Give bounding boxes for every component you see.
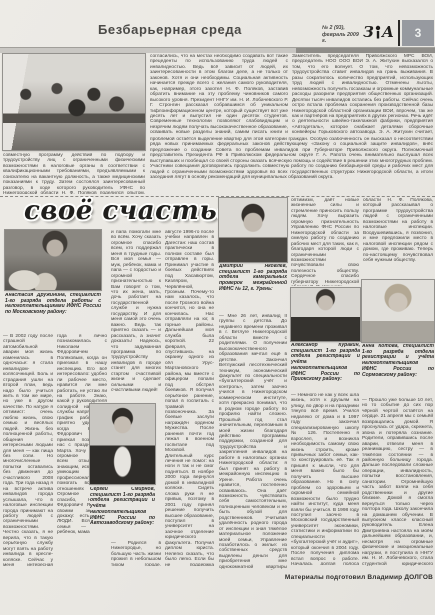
photo-anastasia-druzhinina xyxy=(5,230,101,290)
photo-anna-kotova xyxy=(362,280,434,342)
logo-letter-right: А xyxy=(382,23,394,41)
top-article-col-b: согласились, что на местах необходимо со… xyxy=(150,54,288,134)
feature-col7-text: — Прошло уже больше 10 лет, но то событи… xyxy=(362,398,433,566)
feature-col3-text-top: и папа помогали мне во всём. Хочу сказат… xyxy=(111,230,161,402)
caption-anastasia: Анастасия Дружинина, специалист 1-го раз… xyxy=(5,293,101,331)
photo-computer-classroom xyxy=(3,54,145,150)
feature-col1-text: — В 2002 году после страшной автомобильн… xyxy=(3,334,53,566)
feature-title: своё счастье xyxy=(24,196,220,228)
header-rule xyxy=(0,47,435,53)
feature-col5-text: — Мне 26 лет, инвалид II группы с детств… xyxy=(219,314,287,570)
feature-col3-text-bottom: — Родился в Нижегородье, но большую част… xyxy=(111,541,161,566)
caption-kurakin: Александр Куракин, специалист 1-го разря… xyxy=(291,343,360,391)
author-credit: Материалы подготовил Владимир ДОЛГОВ xyxy=(219,574,433,581)
page-number-badge: 3 xyxy=(402,20,434,46)
section-title: Безбарьерная среда xyxy=(0,22,340,37)
logo-person-icon xyxy=(375,25,381,39)
newspaper-page: Безбарьерная среда № 2 (93), февраль 200… xyxy=(0,0,435,615)
caption-sergey: Сергей Смирнов, специалист 1-го разряда … xyxy=(90,487,155,539)
issue-date: февраль 2009 г. xyxy=(322,32,362,45)
newspaper-logo: З А xyxy=(363,22,397,42)
top-article-col-a: совместную программу действий по подбору… xyxy=(3,153,145,194)
photo-alexander-kurakin xyxy=(291,288,360,341)
logo-letter-left: З xyxy=(363,23,374,41)
page-number: 3 xyxy=(415,26,422,40)
header-divider xyxy=(398,20,400,46)
issue-info: № 2 (93), февраль 2009 г. xyxy=(322,25,362,45)
caption-dmitry: Дмитрий Яковлев, специалист 1-го разряда… xyxy=(219,264,287,312)
top-article-wide: проблемой остаётся выделение квартир для… xyxy=(150,137,433,193)
feature-col6-text: — Немного не как у всех шла жизнь, хотя … xyxy=(291,393,359,565)
caption-anna: Анна Котова, специалист 1-го разряда отд… xyxy=(362,344,434,396)
feature-col6-intro: оптимизм, даёт новые жизненные силы и ст… xyxy=(291,198,359,286)
feature-col4-text: августе 1996-го после учебки направлен в… xyxy=(165,230,214,566)
feature-col7-intro: области Н. Ф. Полякова, который рассказы… xyxy=(363,198,433,276)
top-article-col-c: Заместитель председателя Приволжского МР… xyxy=(292,54,433,134)
photo-sergey-smirnov xyxy=(90,404,155,484)
photo-dmitry-yakovlev xyxy=(219,198,287,262)
